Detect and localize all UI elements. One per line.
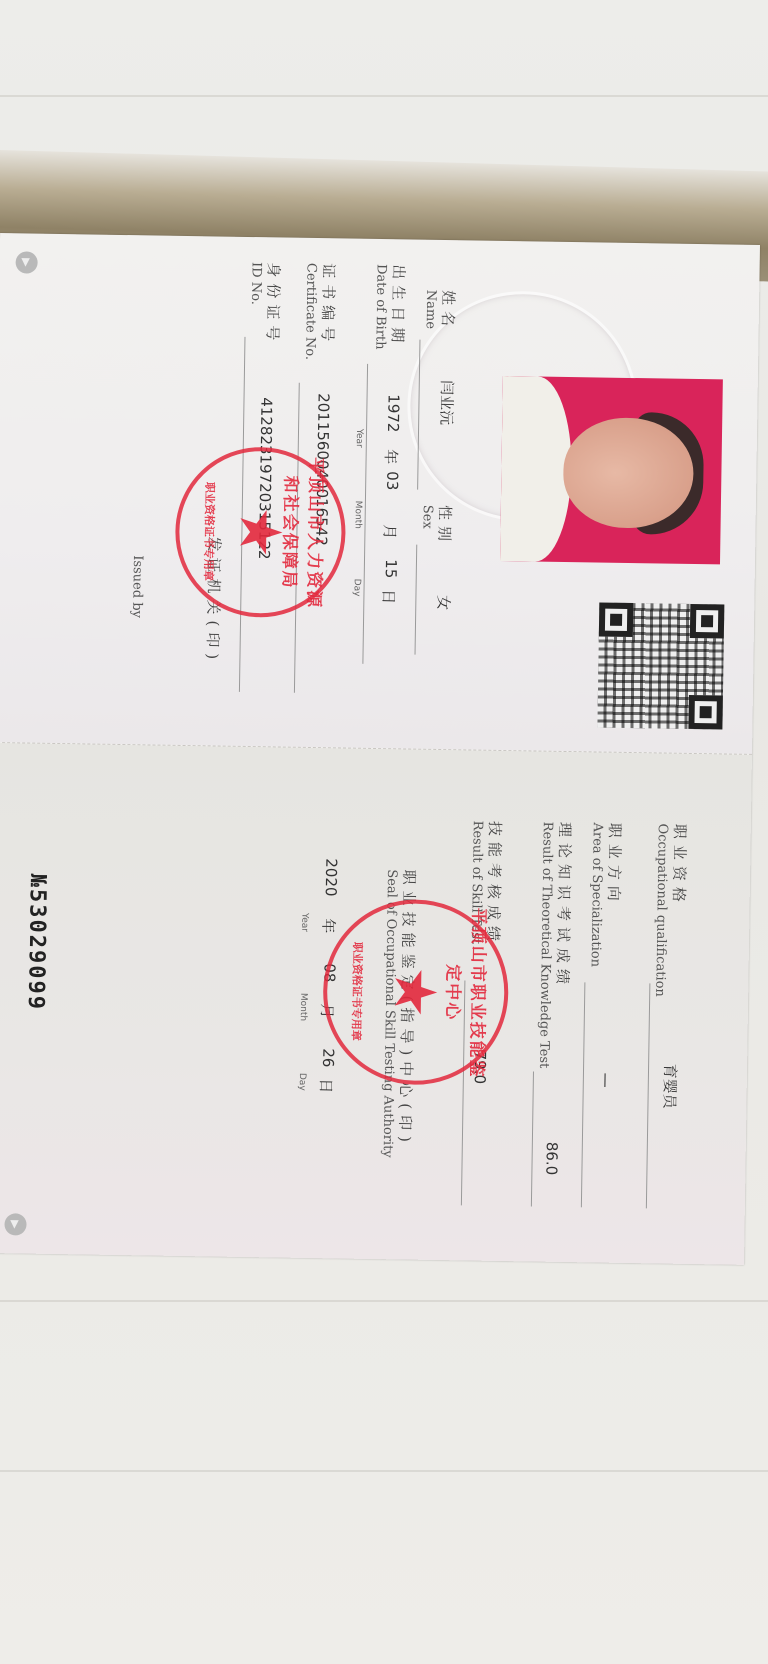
- testing-center-red-stamp: 平顶山市职业技能鉴定中心 ★ 职业资格证书专用章: [322, 898, 510, 1086]
- cloth-fold: [0, 95, 768, 97]
- id-no-label-cn: 身份证号: [262, 262, 284, 346]
- certificate-left-page: ▶ 姓名 Name 闫业沅 性别 Sex: [0, 233, 760, 755]
- birth-label-en: Date of Birth: [372, 264, 388, 350]
- qr-finder: [690, 604, 725, 639]
- star-icon: ★: [386, 966, 445, 1019]
- qualification-label-en: Occupational qualification: [652, 823, 670, 997]
- certificate-booklet: ▶ 姓名 Name 闫业沅 性别 Sex: [0, 233, 760, 1265]
- qr-code: [597, 603, 724, 730]
- triangle-marker-icon: ▶: [15, 251, 37, 273]
- qr-finder: [688, 695, 723, 730]
- name-label-cn: 姓名: [438, 290, 460, 332]
- issue-month-en: Month: [298, 993, 308, 1021]
- birth-month-en: Month: [352, 501, 362, 529]
- issue-year-cn: 年: [318, 918, 339, 933]
- name-value: 闫业沅: [436, 380, 458, 425]
- id-no-label-en: ID No.: [247, 262, 263, 346]
- theory-score-value: 86.0: [542, 1142, 561, 1176]
- birth-underline: [362, 364, 368, 664]
- birth-month-value: 03: [383, 471, 401, 490]
- sex-label-cn: 性别: [434, 505, 456, 547]
- birth-year-value: 1972: [384, 394, 403, 432]
- specialization-value: —: [597, 1073, 615, 1088]
- issue-day-cn: 日: [316, 1078, 337, 1093]
- certificate-no-label-cn: 证书编号: [317, 263, 340, 360]
- sex-label-en: Sex: [419, 505, 435, 547]
- sex-underline: [415, 545, 418, 655]
- certificate-right-page: ▶ 职业资格 Occupational qualification 育婴员 职业…: [0, 743, 752, 1265]
- specialization-label-cn: 职业方向: [603, 823, 626, 968]
- qualification-underline: [646, 983, 651, 1208]
- specialization-underline: [581, 982, 586, 1207]
- issuer-red-stamp: 平顶山市人力资源和社会保障局 ★ 职业资格证书专用章: [174, 446, 347, 619]
- name-field: 姓名 Name: [423, 290, 460, 333]
- sex-field: 性别 Sex: [419, 505, 456, 548]
- star-icon: ★: [231, 506, 290, 559]
- id-no-field: 身份证号 ID No.: [247, 262, 284, 347]
- sex-value: 女: [433, 595, 454, 610]
- qualification-label-cn: 职业资格: [667, 824, 691, 998]
- issue-year-en: Year: [299, 913, 309, 932]
- serial-number: №53029099: [23, 874, 50, 1012]
- qualification-value: 育婴员: [659, 1064, 681, 1109]
- specialization-label-en: Area of Specialization: [588, 822, 605, 967]
- birth-day-en: Day: [351, 579, 361, 597]
- birth-year-en: Year: [354, 429, 364, 448]
- birth-label-cn: 出生日期: [387, 264, 409, 350]
- qr-finder: [599, 603, 634, 638]
- issuer-stamp-bottom-text: 职业资格证书专用章: [200, 450, 219, 612]
- certificate-no-label-en: Certificate No.: [302, 263, 319, 360]
- issue-day-value: 26: [319, 1048, 337, 1067]
- birth-day-cn: 日: [378, 589, 399, 604]
- qualification-field: 职业资格 Occupational qualification: [652, 823, 691, 997]
- issue-day-en: Day: [297, 1073, 307, 1091]
- testing-center-stamp-bottom-text: 职业资格证书专用章: [348, 903, 367, 1080]
- cloth-fold: [0, 1300, 768, 1302]
- portrait-photo: [500, 376, 723, 564]
- issue-year-value: 2020: [322, 858, 341, 896]
- certificate-booklet-wrapper: ▶ 姓名 Name 闫业沅 性别 Sex: [0, 245, 760, 1265]
- name-label-en: Name: [423, 290, 439, 332]
- issuer-label-en: Issued by: [129, 555, 145, 618]
- theory-score-underline: [531, 1072, 534, 1207]
- theory-score-label-cn: 理论知识考试成绩: [551, 822, 576, 1069]
- birth-year-cn: 年: [381, 449, 402, 464]
- triangle-marker-icon: ▶: [4, 1213, 26, 1235]
- birth-field: 出生日期 Date of Birth: [372, 264, 409, 350]
- theory-score-field: 理论知识考试成绩 Result of Theoretical Knowledge…: [536, 822, 576, 1069]
- birth-month-cn: 月: [379, 524, 400, 539]
- specialization-field: 职业方向 Area of Specialization: [588, 822, 626, 967]
- cloth-fold: [0, 1470, 768, 1472]
- birth-day-value: 15: [382, 559, 400, 578]
- photo-shoulders: [500, 376, 573, 562]
- certificate-no-field: 证书编号 Certificate No.: [302, 263, 340, 361]
